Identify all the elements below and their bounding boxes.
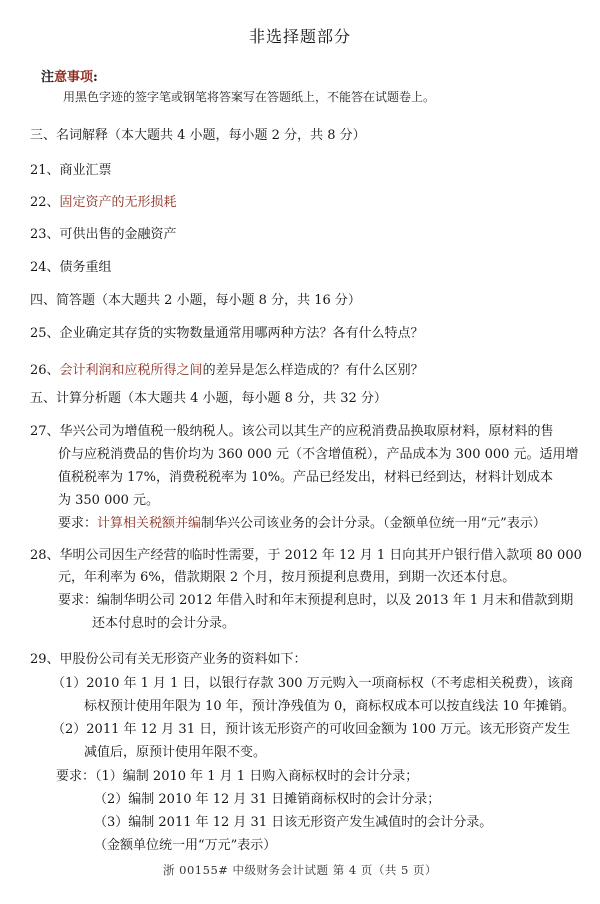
question-29-item-1-cont: 标权预计使用年限为 10 年，预计净残值为 0，商标权成本可以按直线法 10 年… bbox=[84, 695, 575, 714]
question-23: 23、可供出售的金融资产 bbox=[30, 223, 177, 242]
question-26: 26、会计利润和应税所得之间的差异是怎么样造成的？有什么区别？ bbox=[30, 359, 424, 378]
section-3-heading: 三、名词解释（本大题共 4 小题，每小题 2 分，共 8 分） bbox=[30, 124, 366, 143]
question-21: 21、商业汇票 bbox=[30, 159, 112, 178]
question-29-item-2: （2）2011 年 12 月 31 日，预计该无形资产的可收回金额为 100 万… bbox=[52, 718, 570, 737]
page-title: 非选择题部分 bbox=[0, 24, 600, 47]
question-29-item-1: （1）2010 年 1 月 1 日，以银行存款 300 万元购入一项商标权（不考… bbox=[52, 672, 573, 691]
page-footer: 浙 00155# 中级财务会计试题 第 4 页（共 5 页） bbox=[0, 862, 600, 878]
question-29-requirement-2: （2）编制 2010 年 12 月 31 日摊销商标权时的会计分录； bbox=[94, 788, 440, 807]
question-25: 25、企业确定其存货的实物数量通常用哪两种方法？各有什么特点？ bbox=[30, 322, 424, 341]
question-29-requirement-3: （3）编制 2011 年 12 月 31 日该无形资产发生减值时的会计分录。 bbox=[94, 811, 492, 830]
question-27-line-1: 27、华兴公司为增值税一般纳税人。该公司以其生产的应税消费品换取原材料，原材料的… bbox=[30, 420, 554, 439]
question-28-line-1: 28、华明公司因生产经营的临时性需要，于 2012 年 12 月 1 日向其开户… bbox=[30, 544, 582, 563]
question-29-requirement-1: 要求：（1）编制 2010 年 1 月 1 日购入商标权时的会计分录； bbox=[56, 765, 418, 784]
exam-page: 非选择题部分 注意事项: 用黑色字迹的签字笔或钢笔将答案写在答题纸上，不能答在试… bbox=[0, 0, 600, 904]
section-4-heading: 四、简答题（本大题共 2 小题，每小题 8 分，共 16 分） bbox=[30, 289, 361, 308]
question-24: 24、债务重组 bbox=[30, 256, 112, 275]
question-28-line-2: 元，年利率为 6%，借款期限 2 个月，按月预提利息费用，到期一次还本付息。 bbox=[58, 566, 515, 585]
question-28-requirement-line-2: 还本付息时的会计分录。 bbox=[92, 612, 235, 631]
question-27-requirement: 要求：计算相关税额并编制华兴公司该业务的会计分录。（金额单位统一用“元”表示） bbox=[58, 512, 546, 531]
question-29-item-2-cont: 减值后，原预计使用年限不变。 bbox=[84, 741, 266, 760]
question-27-line-2: 价与应税消费品的售价均为 360 000 元（不含增值税），产品成本为 300 … bbox=[58, 443, 579, 462]
question-29-intro: 29、甲股份公司有关无形资产业务的资料如下： bbox=[30, 648, 307, 667]
question-27-line-4: 为 350 000 元。 bbox=[58, 489, 159, 508]
question-28-requirement: 要求：编制华明公司 2012 年借入时和年末预提利息时，以及 2013 年 1 … bbox=[58, 589, 573, 608]
question-22: 22、固定资产的无形损耗 bbox=[30, 191, 177, 210]
question-29-unit-note: （金额单位统一用“万元”表示） bbox=[94, 834, 276, 853]
notice-label: 注意事项: bbox=[41, 66, 98, 85]
section-5-heading: 五、计算分析题（本大题共 4 小题，每小题 8 分，共 32 分） bbox=[30, 387, 387, 406]
notice-text: 用黑色字迹的签字笔或钢笔将答案写在答题纸上，不能答在试题卷上。 bbox=[63, 88, 435, 105]
question-27-line-3: 值税税率为 17%，消费税税率为 10%。产品已经发出，材料已经到达，材料计划成… bbox=[58, 466, 553, 485]
